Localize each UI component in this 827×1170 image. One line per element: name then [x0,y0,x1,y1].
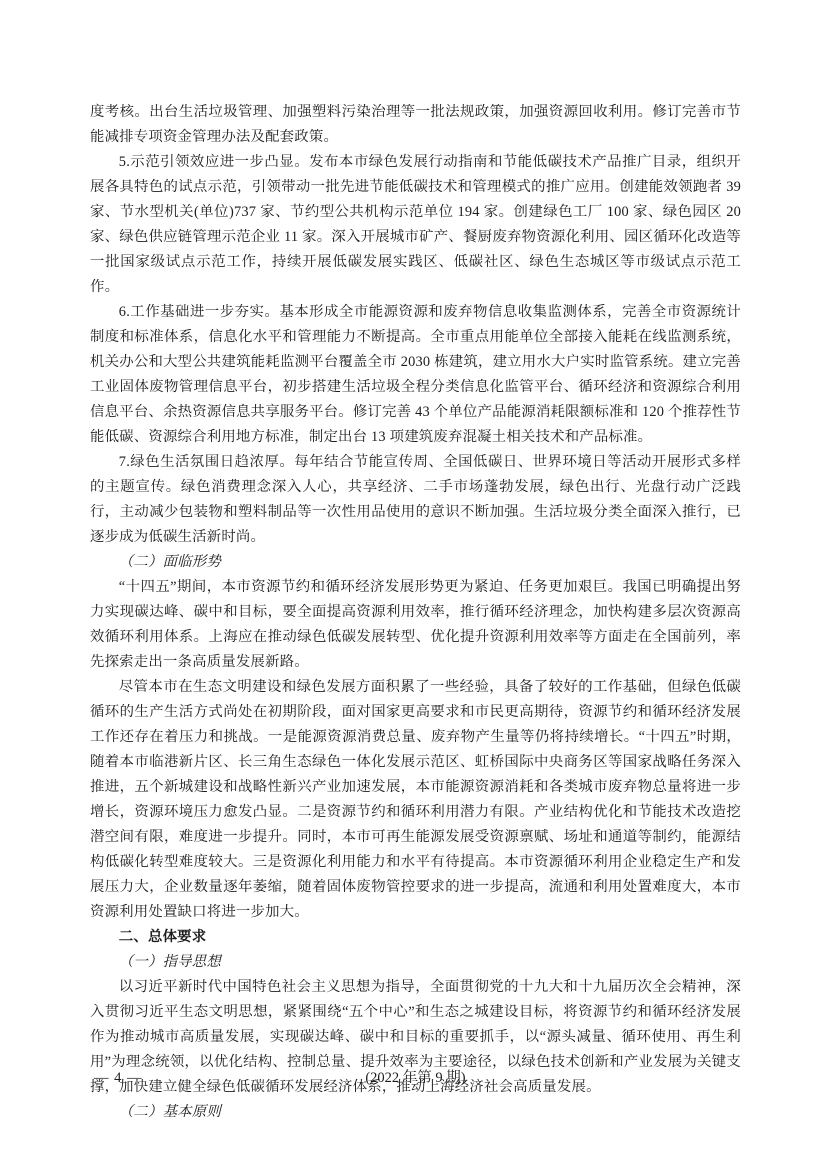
issue-label: (2022 年第 9 期) [90,1066,741,1091]
paragraph-14th-five-year-situation: “十四五”期间，本市资源节约和循环经济发展形势更为紧迫、任务更加艰巨。我国已明确… [90,575,741,675]
heading-overall-requirements: 二、总体要求 [90,925,741,950]
heading-guiding-ideology: （一）指导思想 [90,950,741,975]
paragraph-continuation: 度考核。出台生活垃圾管理、加强塑料污染治理等一批法规政策，加强资源回收利用。修订… [90,100,741,150]
paragraph-5-demonstration-effect: 5.示范引领效应进一步凸显。发布本市绿色发展行动指南和节能低碳技术产品推广目录，… [90,150,741,300]
paragraph-7-green-lifestyle: 7.绿色生活氛围日趋浓厚。每年结合节能宣传周、全国低碳日、世界环境日等活动开展形… [90,450,741,550]
document-body: 度考核。出台生活垃圾管理、加强塑料污染治理等一批法规政策，加强资源回收利用。修订… [90,100,741,1125]
heading-facing-situation: （二）面临形势 [90,550,741,575]
page-number: — 4 — [94,1066,143,1091]
paragraph-pressures-and-challenges: 尽管本市在生态文明建设和绿色发展方面积累了一些经验，具备了较好的工作基础，但绿色… [90,675,741,925]
document-page: 度考核。出台生活垃圾管理、加强塑料污染治理等一批法规政策，加强资源回收利用。修订… [0,0,827,1170]
page-footer: (2022 年第 9 期) — 4 — [90,1066,741,1091]
heading-basic-principles: （二）基本原则 [90,1100,741,1125]
paragraph-6-work-foundation: 6.工作基础进一步夯实。基本形成全市能源资源和废弃物信息收集监测体系，完善全市资… [90,300,741,450]
